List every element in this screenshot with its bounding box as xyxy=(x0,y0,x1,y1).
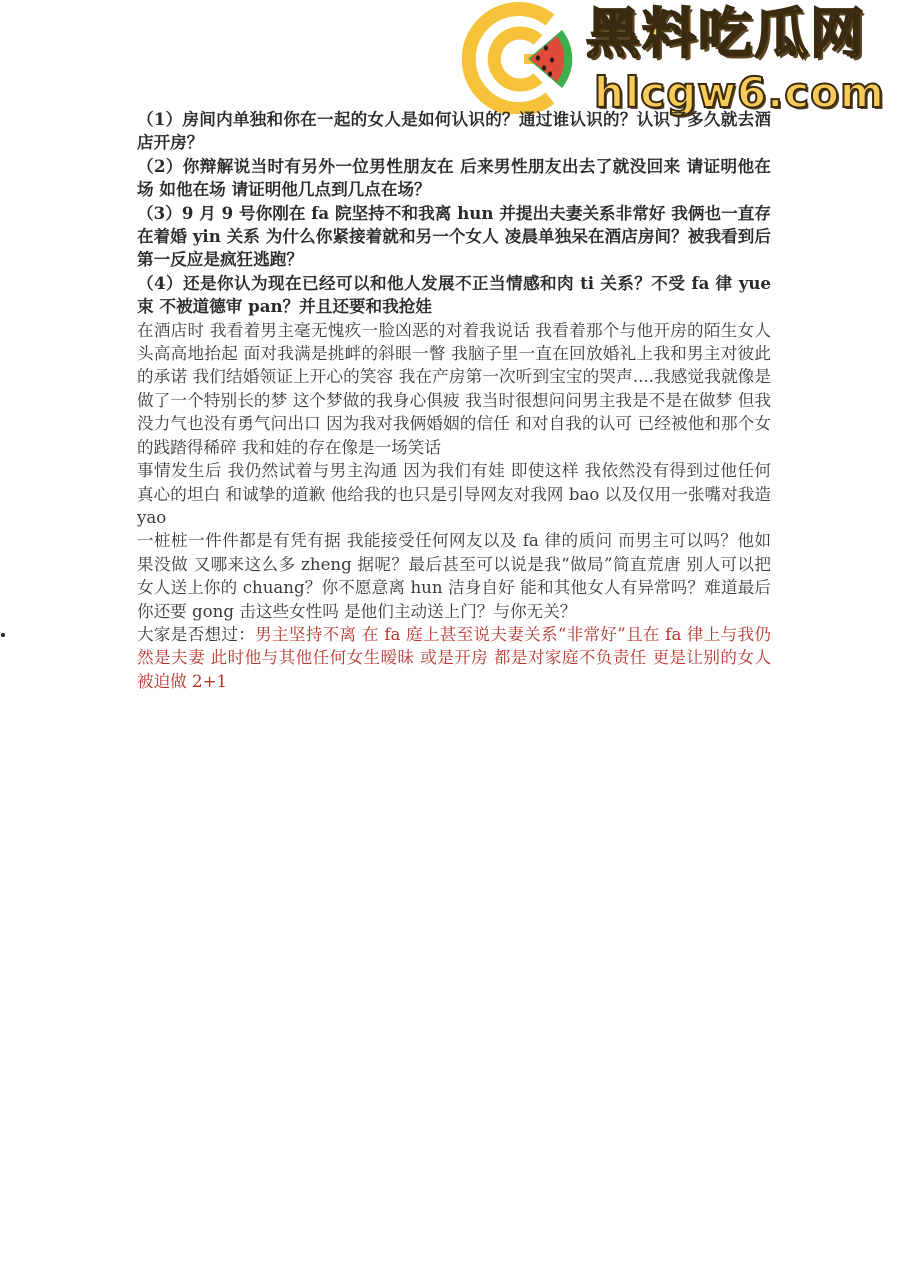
site-watermark-logo: 黑料吃瓜网 hlcgw6.com xyxy=(458,2,898,117)
closing-lead: 大家是否想过： xyxy=(137,625,255,644)
document-body: （1）房间内单独和你在一起的女人是如何认识的？通过谁认识的？认识了多久就去酒店开… xyxy=(137,108,771,693)
question-1: （1）房间内单独和你在一起的女人是如何认识的？通过谁认识的？认识了多久就去酒店开… xyxy=(137,108,771,155)
question-2: （2）你辩解说当时有另外一位男性朋友在 后来男性朋友出去了就没回来 请证明他在场… xyxy=(137,155,771,202)
paragraph-aftermath: 事情发生后 我仍然试着与男主沟通 因为我们有娃 即使这样 我依然没有得到过他任何… xyxy=(137,459,771,529)
margin-dot xyxy=(1,633,5,637)
watermelon-c-logo-icon xyxy=(458,2,578,114)
paragraph-closing: 大家是否想过：男主坚持不离 在 fa 庭上甚至说夫妻关系“非常好”且在 fa 律… xyxy=(137,623,771,693)
question-3: （3）9 月 9 号你刚在 fa 院坚持不和我离 hun 并提出夫妻关系非常好 … xyxy=(137,202,771,272)
question-4: （4）还是你认为现在已经可以和他人发展不正当情感和肉 ti 关系？不受 fa 律… xyxy=(137,272,771,319)
site-name: 黑料吃瓜网 xyxy=(586,2,866,66)
paragraph-evidence: 一桩桩一件件都是有凭有据 我能接受任何网友以及 fa 律的质问 而男主可以吗？他… xyxy=(137,529,771,623)
paragraph-hotel: 在酒店时 我看着男主毫无愧疚一脸凶恶的对着我说话 我看着那个与他开房的陌生女人头… xyxy=(137,319,771,459)
